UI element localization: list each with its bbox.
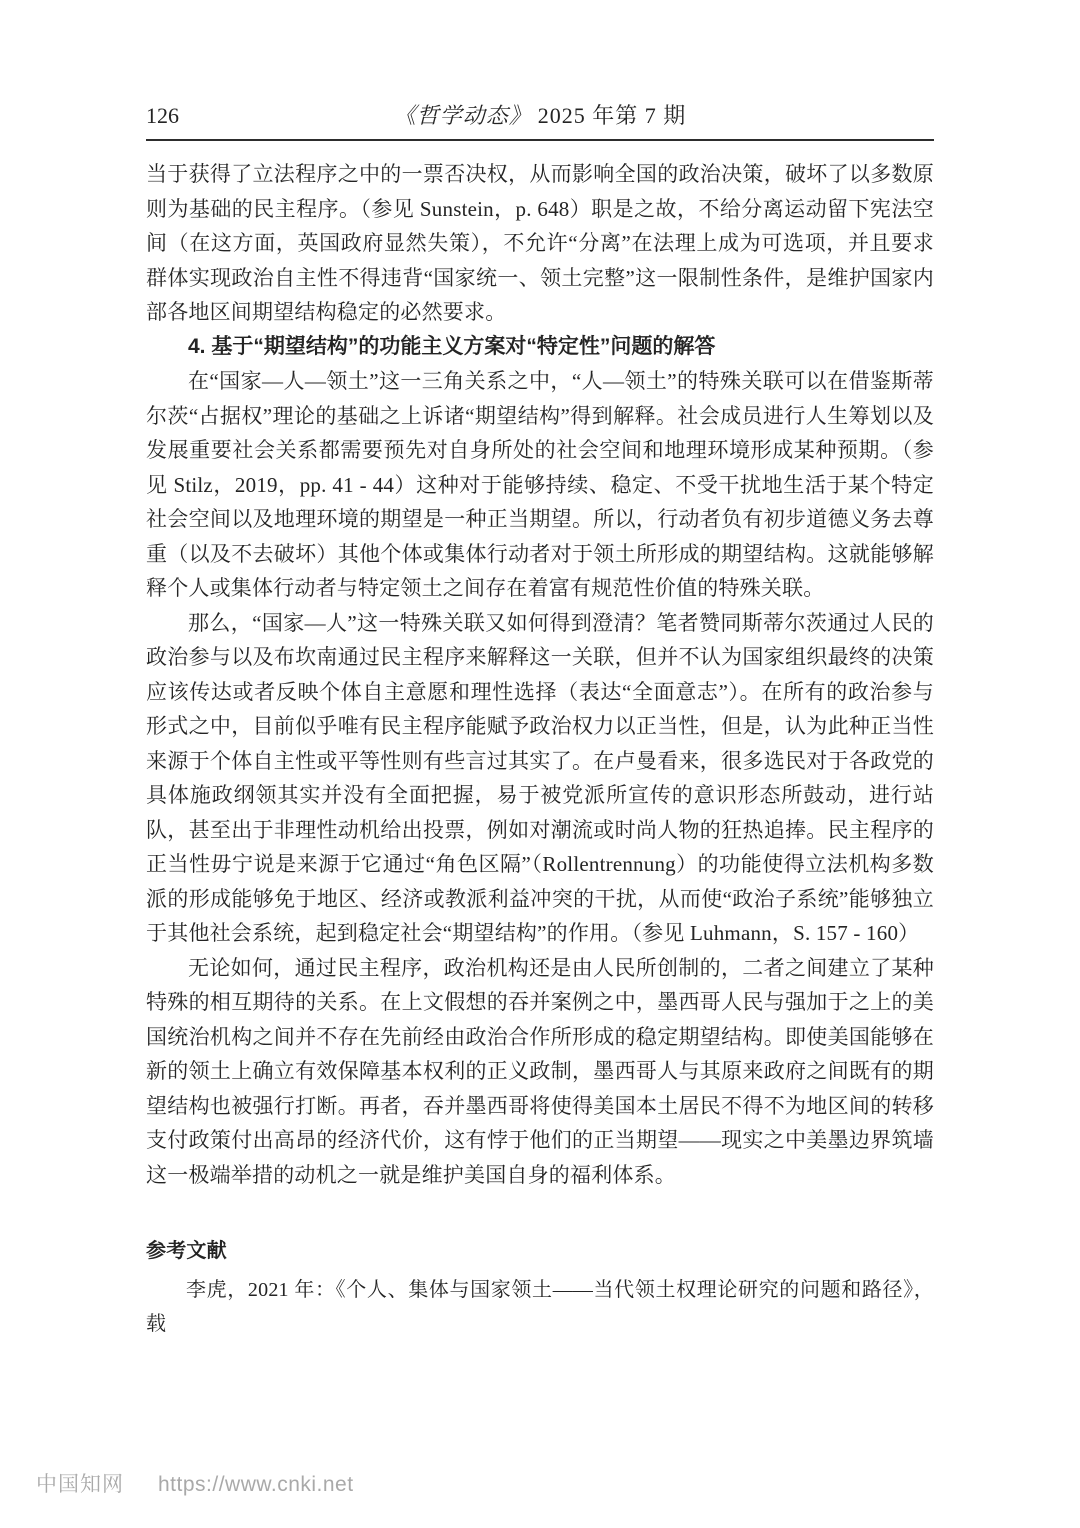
references-heading: 参考文献 (146, 1236, 934, 1266)
body-paragraph: 在“国家—人—领土”这一三角关系之中，“人—领土”的特殊关联可以在借鉴斯蒂尔茨“… (146, 364, 934, 606)
cnki-brand: 中国知网 (36, 1468, 124, 1498)
journal-name: 《哲学动态》 (394, 103, 532, 128)
page-header: 126 《哲学动态》2025 年第 7 期 (146, 101, 934, 131)
article-body: 当于获得了立法程序之中的一票否决权，从而影响全国的政治决策，破坏了以多数原则为基… (146, 157, 934, 1341)
references-section: 参考文献 李虎，2021 年：《个人、集体与国家领土——当代领土权理论研究的问题… (146, 1236, 934, 1341)
references-list: 李虎，2021 年：《个人、集体与国家领土——当代领土权理论研究的问题和路径》，… (146, 1273, 934, 1341)
journal-title: 《哲学动态》2025 年第 7 期 (146, 101, 934, 131)
body-paragraph: 当于获得了立法程序之中的一票否决权，从而影响全国的政治决策，破坏了以多数原则为基… (146, 157, 934, 330)
header-rule (146, 139, 934, 141)
cnki-footer: 中国知网 https://www.cnki.net (36, 1468, 354, 1498)
body-paragraph: 无论如何，通过民主程序，政治机构还是由人民所创制的，二者之间建立了某种特殊的相互… (146, 951, 934, 1193)
section-heading: 4. 基于“期望结构”的功能主义方案对“特定性”问题的解答 (146, 330, 934, 365)
issue-info: 2025 年第 7 期 (538, 103, 687, 128)
reference-item: 李虎，2021 年：《个人、集体与国家领土——当代领土权理论研究的问题和路径》，… (146, 1273, 934, 1341)
body-paragraph: 那么，“国家—人”这一特殊关联又如何得到澄清？笔者赞同斯蒂尔茨通过人民的政治参与… (146, 606, 934, 951)
journal-page: 126 《哲学动态》2025 年第 7 期 当于获得了立法程序之中的一票否决权，… (0, 0, 1080, 1528)
cnki-url: https://www.cnki.net (158, 1473, 354, 1497)
